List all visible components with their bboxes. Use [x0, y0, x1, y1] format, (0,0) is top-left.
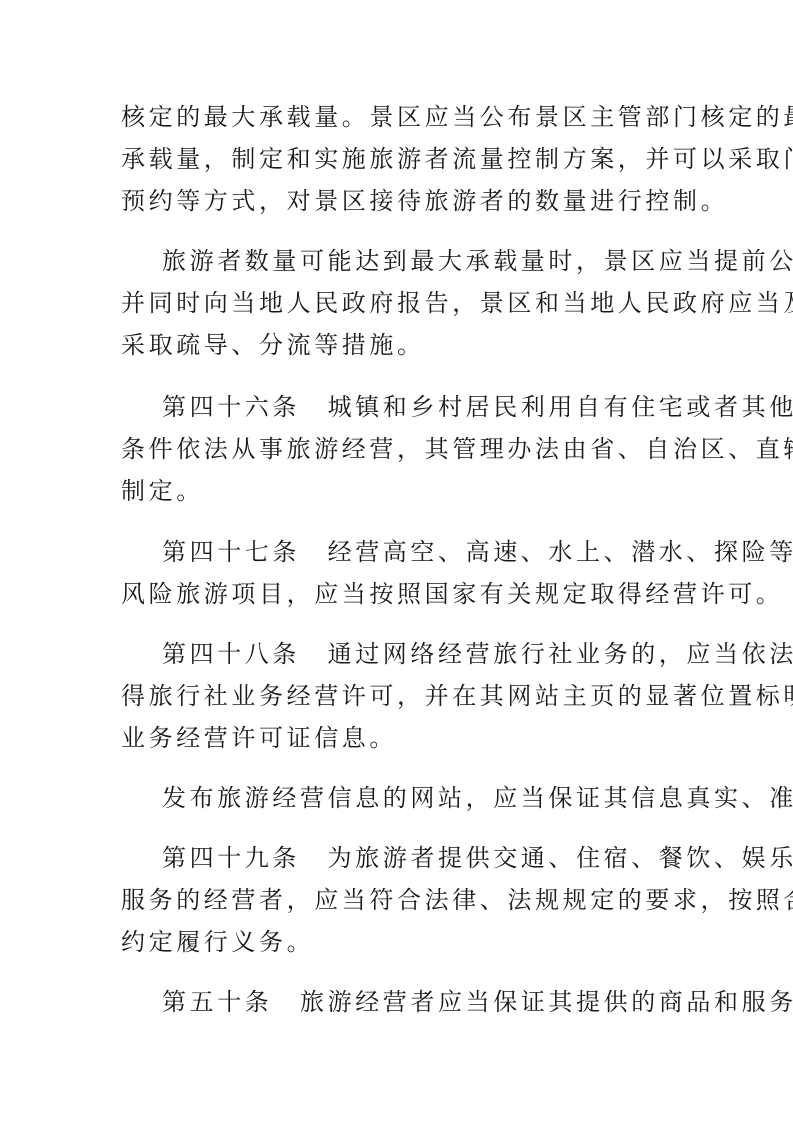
text-line: 风险旅游项目，应当按照国家有关规定取得经营许可。 [121, 578, 681, 610]
article-heading-line: 第四十九条 为旅游者提供交通、住宿、餐饮、娱乐等 [162, 842, 722, 874]
text-line: 业务经营许可证信息。 [121, 722, 681, 754]
text-line: 发布旅游经营信息的网站，应当保证其信息真实、准确。 [162, 782, 722, 814]
text-line: 承载量，制定和实施旅游者流量控制方案，并可以采取门票 [121, 143, 681, 175]
text-line: 得旅行社业务经营许可，并在其网站主页的显著位置标明其 [121, 680, 681, 712]
text-line: 预约等方式，对景区接待旅游者的数量进行控制。 [121, 185, 681, 217]
text-line: 约定履行义务。 [121, 926, 681, 958]
article-heading-line: 第四十八条 通过网络经营旅行社业务的，应当依法取 [162, 638, 722, 670]
text-line: 采取疏导、分流等措施。 [121, 329, 681, 361]
text-line: 旅游者数量可能达到最大承载量时，景区应当提前公告 [162, 245, 722, 277]
text-line: 条件依法从事旅游经营，其管理办法由省、自治区、直辖市 [121, 433, 681, 465]
article-heading-line: 第四十七条 经营高空、高速、水上、潜水、探险等高 [162, 536, 722, 568]
text-line: 服务的经营者，应当符合法律、法规规定的要求，按照合同 [121, 884, 681, 916]
text-line: 制定。 [121, 475, 681, 507]
article-heading-line: 第五十条 旅游经营者应当保证其提供的商品和服务 [162, 986, 722, 1018]
document-page: 核定的最大承载量。景区应当公布景区主管部门核定的最大 承载量，制定和实施旅游者流… [0, 0, 793, 1122]
text-line: 核定的最大承载量。景区应当公布景区主管部门核定的最大 [121, 101, 681, 133]
article-heading-line: 第四十六条 城镇和乡村居民利用自有住宅或者其他 [162, 391, 722, 423]
text-line: 并同时向当地人民政府报告，景区和当地人民政府应当及时 [121, 287, 681, 319]
